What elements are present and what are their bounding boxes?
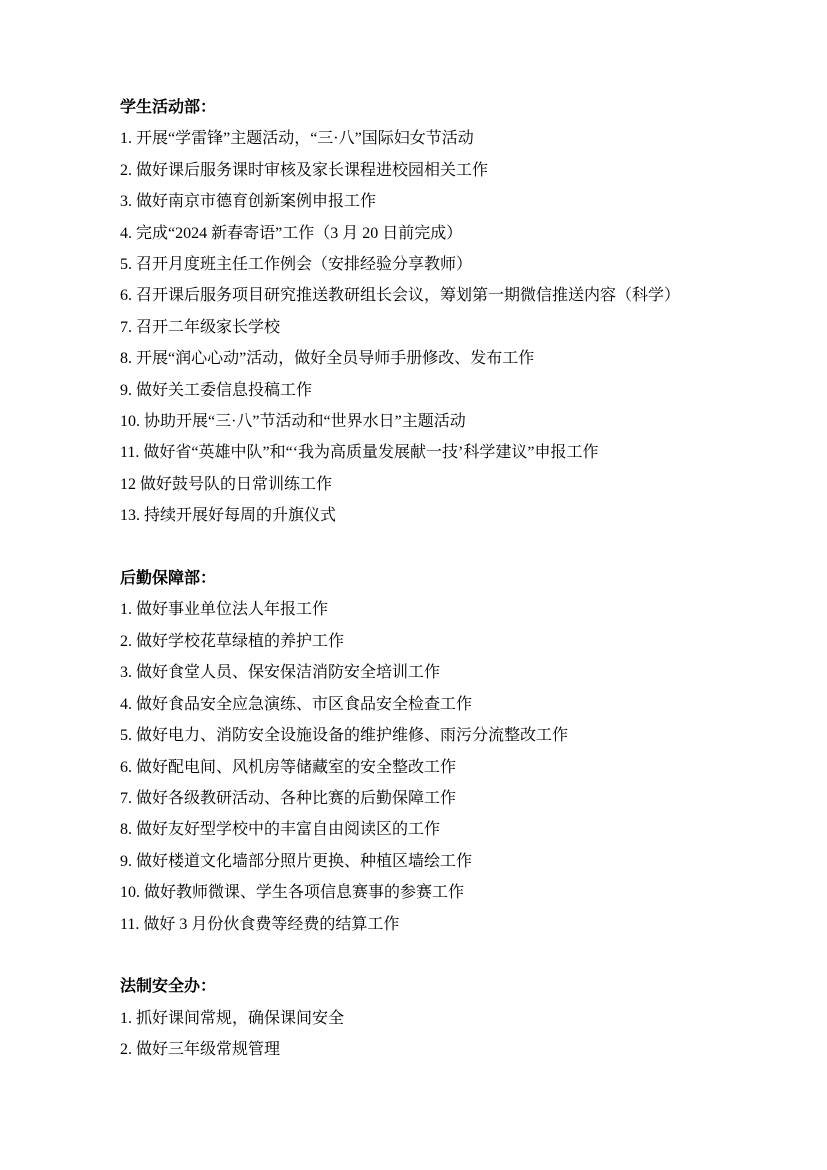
list-item: 12 做好鼓号队的日常训练工作 <box>120 469 717 500</box>
document-page: 学生活动部：1. 开展“学雷锋”主题活动，“三·八”国际妇女节活动2. 做好课后… <box>0 0 827 1170</box>
list-item: 9. 做好关工委信息投稿工作 <box>120 375 717 406</box>
list-item: 8. 做好友好型学校中的丰富自由阅读区的工作 <box>120 814 717 845</box>
document-body: 学生活动部：1. 开展“学雷锋”主题活动，“三·八”国际妇女节活动2. 做好课后… <box>120 92 717 1066</box>
list-item: 5. 做好电力、消防安全设施设备的维护维修、雨污分流整改工作 <box>120 720 717 751</box>
list-item: 11. 做好省“英雄中队”和“‘我为高质量发展献一技’科学建议”申报工作 <box>120 437 717 468</box>
list-item: 6. 召开课后服务项目研究推送教研组长会议，筹划第一期微信推送内容（科学） <box>120 280 717 311</box>
list-item: 3. 做好食堂人员、保安保洁消防安全培训工作 <box>120 657 717 688</box>
list-item: 2. 做好三年级常规管理 <box>120 1034 717 1065</box>
list-item: 2. 做好课后服务课时审核及家长课程进校园相关工作 <box>120 155 717 186</box>
list-item: 5. 召开月度班主任工作例会（安排经验分享教师） <box>120 249 717 280</box>
list-item: 4. 做好食品安全应急演练、市区食品安全检查工作 <box>120 689 717 720</box>
list-item: 6. 做好配电间、风机房等储藏室的安全整改工作 <box>120 752 717 783</box>
list-item: 7. 做好各级教研活动、各种比赛的后勤保障工作 <box>120 783 717 814</box>
section-heading: 后勤保障部： <box>120 563 717 594</box>
list-item: 7. 召开二年级家长学校 <box>120 312 717 343</box>
section-1: 学生活动部：1. 开展“学雷锋”主题活动，“三·八”国际妇女节活动2. 做好课后… <box>120 92 717 532</box>
list-item: 2. 做好学校花草绿植的养护工作 <box>120 626 717 657</box>
list-item: 11. 做好 3 月份伙食费等经费的结算工作 <box>120 909 717 940</box>
list-item: 3. 做好南京市德育创新案例申报工作 <box>120 186 717 217</box>
list-item: 10. 协助开展“三·八”节活动和“世界水日”主题活动 <box>120 406 717 437</box>
section-heading: 学生活动部： <box>120 92 717 123</box>
list-item: 13. 持续开展好每周的升旗仪式 <box>120 500 717 531</box>
list-item: 1. 抓好课间常规，确保课间安全 <box>120 1003 717 1034</box>
list-item: 4. 完成“2024 新春寄语”工作（3 月 20 日前完成） <box>120 218 717 249</box>
list-item: 8. 开展“润心心动”活动，做好全员导师手册修改、发布工作 <box>120 343 717 374</box>
list-item: 1. 做好事业单位法人年报工作 <box>120 594 717 625</box>
list-item: 1. 开展“学雷锋”主题活动，“三·八”国际妇女节活动 <box>120 123 717 154</box>
section-heading: 法制安全办： <box>120 971 717 1002</box>
section-3: 法制安全办：1. 抓好课间常规，确保课间安全2. 做好三年级常规管理 <box>120 971 717 1065</box>
list-item: 10. 做好教师微课、学生各项信息赛事的参赛工作 <box>120 877 717 908</box>
list-item: 9. 做好楼道文化墙部分照片更换、种植区墙绘工作 <box>120 846 717 877</box>
section-2: 后勤保障部：1. 做好事业单位法人年报工作2. 做好学校花草绿植的养护工作3. … <box>120 563 717 940</box>
